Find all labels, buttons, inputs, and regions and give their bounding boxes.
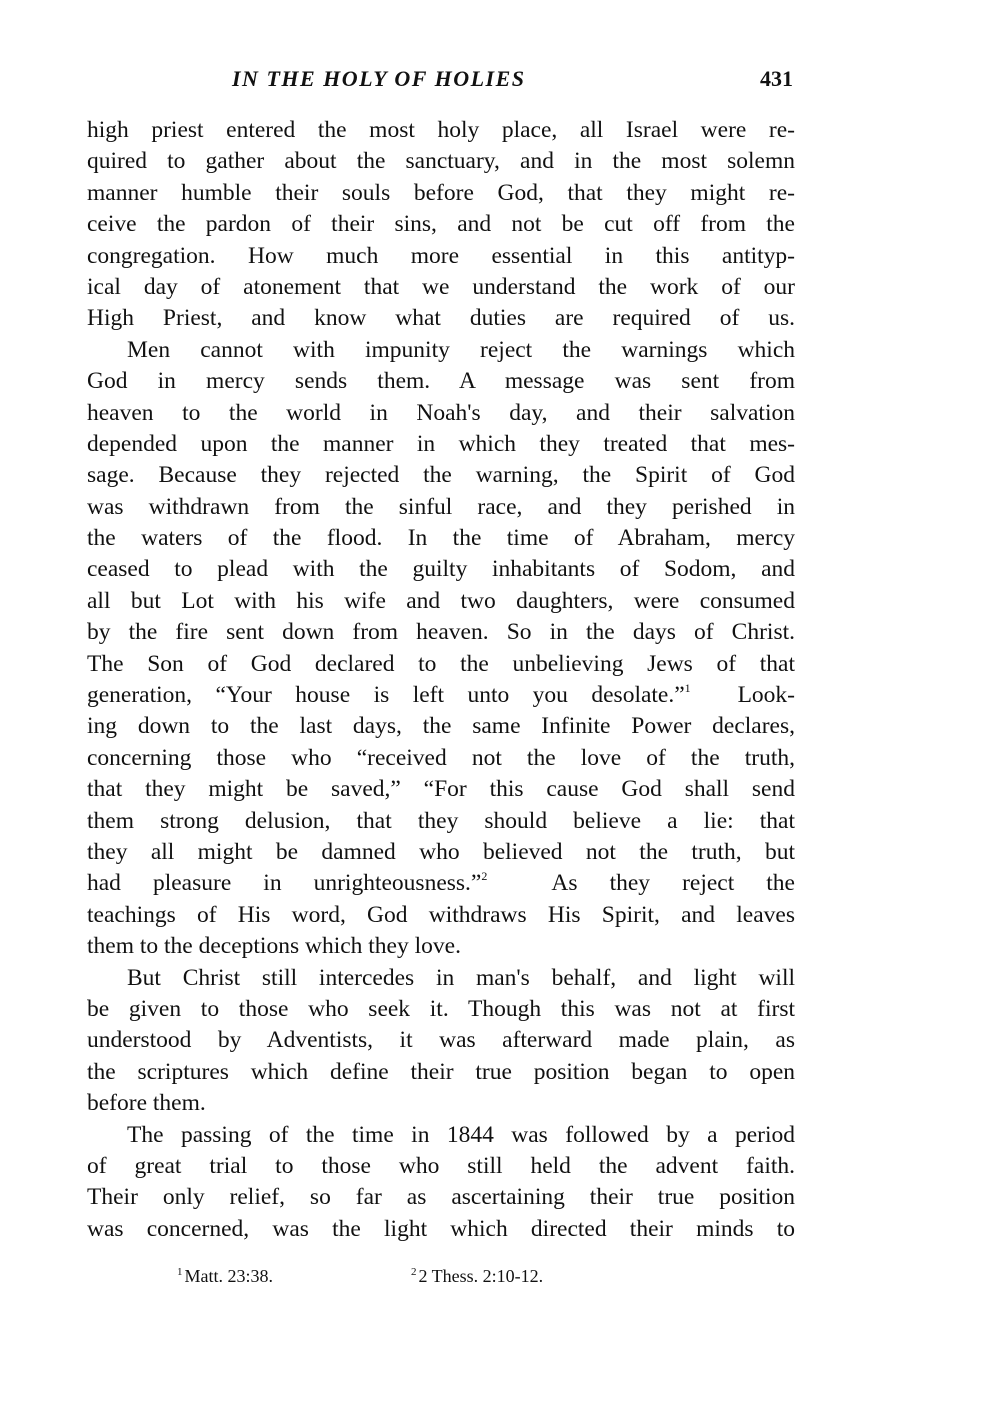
text-fragment: had pleasure in unrighteousness.” (87, 870, 481, 896)
text-line: God in mercy sends them. A message was s… (87, 366, 795, 397)
text-line: ceased to plead with the guilty inhabita… (87, 554, 795, 585)
text-line: high priest entered the most holy place,… (87, 115, 795, 146)
footnote-text: Matt. 23:38. (185, 1266, 274, 1286)
text-line-with-footnote-ref: generation, “Your house is left unto you… (87, 680, 795, 711)
text-line: the waters of the flood. In the time of … (87, 523, 795, 554)
body-text: high priest entered the most holy place,… (87, 115, 795, 1245)
text-line: by the fire sent down from heaven. So in… (87, 617, 795, 648)
text-line: ical day of atonement that we understand… (87, 272, 795, 303)
text-line: heaven to the world in Noah's day, and t… (87, 398, 795, 429)
footnote-ref-2[interactable]: 2 (481, 869, 487, 883)
text-line: depended upon the manner in which they t… (87, 429, 795, 460)
text-line-with-footnote-ref: had pleasure in unrighteousness.”2 As th… (87, 868, 795, 899)
text-fragment: Look- (738, 682, 795, 708)
text-line: them to the deceptions which they love. (87, 931, 795, 962)
text-line: before them. (87, 1088, 795, 1119)
footnote-marker: 2 (411, 1266, 417, 1278)
text-line: Men cannot with impunity reject the warn… (87, 335, 795, 366)
footnote-2: 22 Thess. 2:10-12. (411, 1266, 543, 1287)
text-line: ceive the pardon of their sins, and not … (87, 209, 795, 240)
text-line: ing down to the last days, the same Infi… (87, 711, 795, 742)
text-line: they all might be damned who believed no… (87, 837, 795, 868)
text-line: understood by Adventists, it was afterwa… (87, 1025, 795, 1056)
text-line: of great trial to those who still held t… (87, 1151, 795, 1182)
text-line: But Christ still intercedes in man's beh… (87, 963, 795, 994)
text-line: them strong delusion, that they should b… (87, 806, 795, 837)
footnote-ref-1[interactable]: 1 (685, 681, 691, 695)
footnote-1: 1Matt. 23:38. (177, 1266, 273, 1287)
text-line: all but Lot with his wife and two daught… (87, 586, 795, 617)
text-line: High Priest, and know what duties are re… (87, 303, 795, 334)
text-line: be given to those who seek it. Though th… (87, 994, 795, 1025)
text-line: that they might be saved,” “For this cau… (87, 774, 795, 805)
footnote-text: 2 Thess. 2:10-12. (419, 1266, 544, 1286)
running-title: IN THE HOLY OF HOLIES (232, 66, 526, 92)
text-fragment: As they reject the (551, 870, 795, 896)
text-line: manner humble their souls before God, th… (87, 178, 795, 209)
text-line: congregation. How much more essential in… (87, 241, 795, 272)
text-line: The passing of the time in 1844 was foll… (87, 1120, 795, 1151)
text-line: the scriptures which define their true p… (87, 1057, 795, 1088)
text-line: concerning those who “received not the l… (87, 743, 795, 774)
text-line: was concerned, was the light which direc… (87, 1214, 795, 1245)
page-number: 431 (760, 66, 793, 92)
text-line: teachings of His word, God withdraws His… (87, 900, 795, 931)
text-line: was withdrawn from the sinful race, and … (87, 492, 795, 523)
text-line: quired to gather about the sanctuary, an… (87, 146, 795, 177)
text-fragment: generation, “Your house is left unto you… (87, 682, 685, 708)
footnotes: 1Matt. 23:38. 22 Thess. 2:10-12. (87, 1266, 795, 1290)
footnote-marker: 1 (177, 1266, 183, 1278)
running-head: IN THE HOLY OF HOLIES 431 (87, 66, 795, 98)
text-line: The Son of God declared to the unbelievi… (87, 649, 795, 680)
text-line: Their only relief, so far as ascertainin… (87, 1182, 795, 1213)
text-line: sage. Because they rejected the warning,… (87, 460, 795, 491)
